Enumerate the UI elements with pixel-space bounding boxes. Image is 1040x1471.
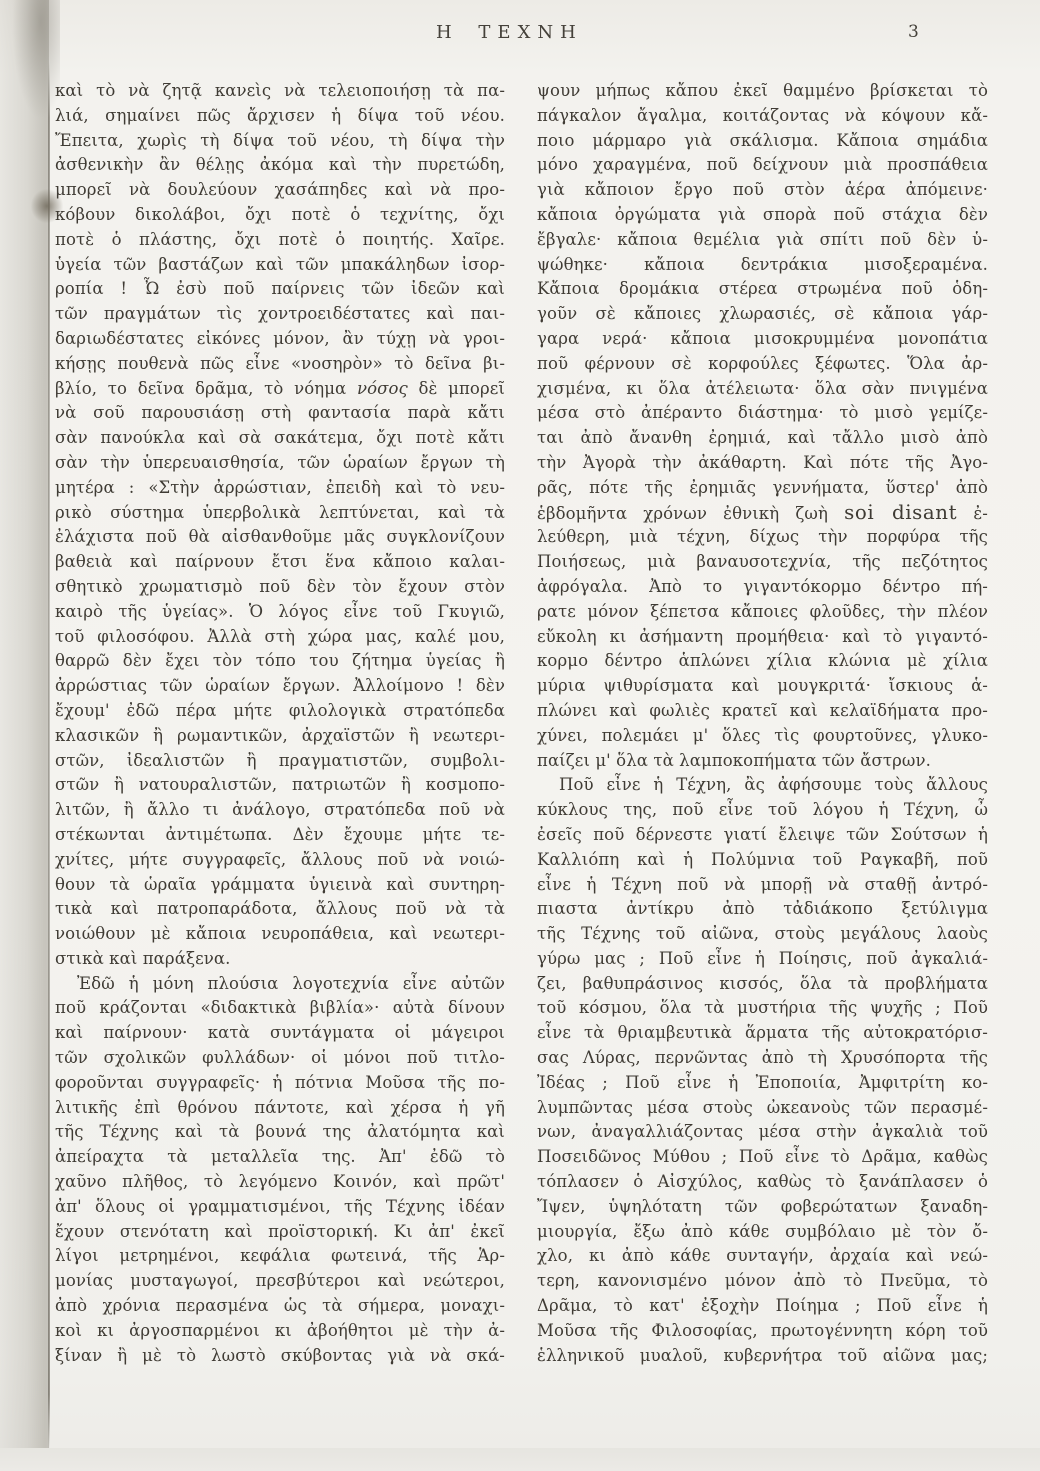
text-line: σας Λύρας, περνῶντας ἀπὸ τὴ Χρυσόπορτα τ… — [537, 1046, 988, 1071]
text-line: παίζει μ' ὅλα τὰ λαμποκοπήματα τῶν ἄστρω… — [537, 749, 988, 774]
italic-text-segment: νόσος — [357, 379, 408, 398]
text-line: Ἰδέας ; Ποῦ εἶνε ἡ Ἐποποιία, Ἀμφιτρίτη κ… — [537, 1071, 988, 1096]
text-segment: δὲ μπορεῖ — [408, 379, 505, 398]
text-line: εἶνε τὰ θριαμβευτικὰ ἅρματα τῆς αὐτοκρατ… — [537, 1021, 988, 1046]
text-line: σὰν πανούκλα καὶ σὰ σακάτεμα, ὄχι ποτὲ κ… — [55, 426, 505, 451]
text-line: κήσῃς πουθενὰ πῶς εἶνε «νοσηρὸν» τὸ δεῖν… — [55, 352, 505, 377]
text-line: τικὰ καὶ πατροπαράδοτα, ἄλλους ποῦ νὰ τὰ — [55, 897, 505, 922]
text-line: τερη, κανονισμένο μόνον ἀπὸ τὸ Πνεῦμα, τ… — [537, 1269, 988, 1294]
text-segment: ἑβδομῆντα χρόνων ἐθνικὴ ζωὴ — [537, 504, 844, 523]
text-line: θουν τὰ ὡραῖα γράμματα ὑγιεινὰ καὶ συντη… — [55, 873, 505, 898]
text-line: λίγοι μετρημένοι, κεφάλια φωτεινά, τῆς Ἁ… — [55, 1244, 505, 1269]
scanned-page: Η ΤΕΧΝΗ 3 καὶ τὸ νὰ ζητᾷ κανεὶς νὰ τελει… — [0, 0, 1040, 1471]
bottom-page-edge — [0, 1448, 1040, 1471]
text-line: ἔχουμ' ἐδῶ πέρα μήτε φιλολογικὰ στρατόπε… — [55, 699, 505, 724]
text-line: μέσα στὸ ἀπέραντο διάστημα· τὸ μισὸ γεμί… — [537, 401, 988, 426]
text-line: μιουργία, ἔξω ἀπὸ κάθε συμβόλαιο μὲ τὸν … — [537, 1220, 988, 1245]
text-line: βαθειὰ καὶ παίρνουν ἔτσι ἕνα κἄποιο καλα… — [55, 550, 505, 575]
text-line: εὔκολη κι ἀσήμαντη προμήθεια· καὶ τὸ γιγ… — [537, 625, 988, 650]
text-line: Κἄποια δρομάκια στέρεα στρωμένα ποῦ ὁδη- — [537, 277, 988, 302]
text-line: τῆς Τέχνης τοῦ αἰῶνα, στοὺς μεγάλους λαο… — [537, 922, 988, 947]
text-line: ὑγεία τῶν βαστάζων καὶ τῶν μπακάληδων ἰσ… — [55, 253, 505, 278]
text-line: νὰ σοῦ παρουσιάσῃ στὴ φαντασία παρὰ κἄτι — [55, 401, 505, 426]
text-line: ποῦ φέρνουν σὲ κορφούλες ξέφωτες. Ὅλα ἀρ… — [537, 352, 988, 377]
text-line: λιτῶν, ἢ ἄλλο τι ἀνάλογο, στρατόπεδα ποῦ… — [55, 798, 505, 823]
text-line: κοὶ κι ἀργοσπαρμένοι κι ἀβοήθητοι μὲ τὴν… — [55, 1319, 505, 1344]
text-line: ποιο μάρμαρο γιὰ σκάλισμα. Κἄποια σημάδι… — [537, 129, 988, 154]
text-line: σὰν τὴν ὑπερευαισθησία, τῶν ὡραίων ἔργων… — [55, 451, 505, 476]
text-line: τὴν Ἀγορὰ τὴν ἀκάθαρτη. Καὶ πότε τῆς Ἀγο… — [537, 451, 988, 476]
text-line: Καλλιόπη καὶ ἡ Πολύμνια τοῦ Ραγκαβῆ, ποῦ — [537, 848, 988, 873]
text-line: τοῦ φιλοσόφου. Ἀλλὰ στὴ χώρα μας, καλέ μ… — [55, 625, 505, 650]
journal-title: Η ΤΕΧΝΗ — [436, 22, 583, 43]
text-line: Ἐδῶ ἡ μόνη πλούσια λογοτεχνία εἶνε αὐτῶν — [55, 972, 505, 997]
text-line: γαρα νερά· κἄποια μισοκρυμμένα μονοπάτια — [537, 327, 988, 352]
text-line: κύκλους της, ποῦ εἶνε τοῦ λόγου ἡ Τέχνη,… — [537, 798, 988, 823]
text-line: ἀπείραχτα τὰ μεταλλεῖα της. Ἀπ' ἐδῶ τὸ — [55, 1145, 505, 1170]
text-line: ρατε μόνον ξέπετσα κἄποιες φλοῦδες, τὴν … — [537, 600, 988, 625]
text-line: κορμο δέντρο ἁπλώνει χίλια κλώνια μὲ χίλ… — [537, 649, 988, 674]
text-line: ποῦ κράζονται «διδακτικὰ βιβλία»· αὐτὰ δ… — [55, 996, 505, 1021]
corner-scan-shadow — [12, 0, 60, 120]
text-line: χαῦνο πλῆθος, τὸ λεγόμενο Κοινόν, καὶ πρ… — [55, 1170, 505, 1195]
text-line: τοῦ κόσμου, ὅλα τὰ μυστήρια τῆς ψυχῆς ; … — [537, 996, 988, 1021]
text-line: μύρια ψιθυρίσματα καὶ μουγκριτά· ἴσκιους… — [537, 674, 988, 699]
text-column-left: καὶ τὸ νὰ ζητᾷ κανεὶς νὰ τελειοποιήσῃ τὰ… — [55, 79, 505, 1368]
text-line: ρᾶς, πότε τῆς ἐρημιᾶς γεννήματα, ὕστερ' … — [537, 476, 988, 501]
text-line: ψώθηκε· κἄποια δεντράκια μισοξεραμένα. — [537, 253, 988, 278]
text-line: λιτικῆς ἐπὶ θρόνου πάντοτε, καὶ χέρσα ἡ … — [55, 1096, 505, 1121]
text-segment: ἐ- — [957, 504, 988, 523]
text-line: νων, ἀναγαλλιάζοντας μέσα στὴν ἀγκαλιὰ τ… — [537, 1120, 988, 1145]
text-line: ζει, βαθυπράσινος κισσός, ὅλα τὰ προβλήμ… — [537, 972, 988, 997]
text-line: ποτὲ ὁ πλάστης, ὄχι ποτὲ ὁ ποιητής. Χαῖρ… — [55, 228, 505, 253]
text-line: λυμπῶντας μέσα στοὺς ὠκεανοὺς τῶν περασμ… — [537, 1096, 988, 1121]
text-line: ροπία ! Ὦ ἐσὺ ποῦ παίρνεις τῶν ἰδεῶν καὶ — [55, 277, 505, 302]
text-line: νοιώθουν μὲ κἄποια νευροπάθεια, καὶ νεωτ… — [55, 922, 505, 947]
text-line: μόνο χαραγμένα, ποῦ δείχνουν μιὰ προσπάθ… — [537, 153, 988, 178]
page-number: 3 — [908, 22, 919, 42]
text-line: Ποσειδῶνος Μύθου ; Ποῦ εἶνε τὸ Δρᾶμα, κα… — [537, 1145, 988, 1170]
text-line: τῶν πραγμάτων τὶς χοντροειδέστατες καὶ π… — [55, 302, 505, 327]
text-line: γοῦν σὲ κἄποιες χλωρασιές, σὲ κἄποια γάρ… — [537, 302, 988, 327]
text-line: τῆς Τέχνης καὶ τὰ βουνά της ἀλατόμητα κα… — [55, 1120, 505, 1145]
text-line: φοροῦνται συγγραφεῖς· ἡ πότνια Μοῦσα τῆς… — [55, 1071, 505, 1096]
text-line: ἔβγαλε· κἄποια θεμέλια γιὰ σπίτι ποῦ δὲν… — [537, 228, 988, 253]
text-line: γύρω μας ; Ποῦ εἶνε ἡ Ποίησις, ποῦ ἀγκαλ… — [537, 947, 988, 972]
text-line: Ἔπειτα, χωρὶς τὴ δίψα τοῦ νέου, τὴ δίψα … — [55, 129, 505, 154]
text-line: βλίο, το δεῖνα δρᾶμα, τὸ νόημα νόσος δὲ … — [55, 377, 505, 402]
text-line: ἑβδομῆντα χρόνων ἐθνικὴ ζωὴ soi disant ἐ… — [537, 501, 988, 526]
text-line: ἑλληνικοῦ μυαλοῦ, κυβερνήτρα τοῦ αἰῶνα μ… — [537, 1344, 988, 1369]
text-line: Ποιήσεως, μιὰ βαναυσοτεχνία, τῆς πεζότητ… — [537, 550, 988, 575]
text-line: Μοῦσα τῆς Φιλοσοφίας, πρωτογέννητη κόρη … — [537, 1319, 988, 1344]
text-line: στικὰ καὶ παράξενα. — [55, 947, 505, 972]
text-line: πιαστα ἀντίκρυ ἀπὸ τἀδιάκοπο ξετύλιγμα — [537, 897, 988, 922]
text-line: τῶν σχολικῶν φυλλάδων· οἱ μόνοι ποῦ τιτλ… — [55, 1046, 505, 1071]
text-line: χύνει, πολεμάει μ' ὅλες τὶς φουρτοῦνες, … — [537, 724, 988, 749]
text-line: θαρρῶ δὲν ἔχει τὸν τόπο του ζήτημα ὑγεία… — [55, 649, 505, 674]
text-line: τόπλασεν ὁ Αἰσχύλος, καθὼς τὸ ξανάπλασεν… — [537, 1170, 988, 1195]
text-line: γιὰ κἄποιον ἔργο ποῦ στὸν ἀέρα ἀπόμεινε· — [537, 178, 988, 203]
text-line: ἀρρώστιας τῶν ὡραίων ἔργων. Ἀλλοίμονο ! … — [55, 674, 505, 699]
text-line: λιά, σημαίνει πῶς ἄρχισεν ἡ δίψα τοῦ νέο… — [55, 104, 505, 129]
text-line: ἀπ' ὅλους οἱ γραμματισμένοι, τῆς Τέχνης … — [55, 1195, 505, 1220]
text-line: χλο, κι ἀπὸ κάθε συνταγήν, ἀρχαία καὶ νε… — [537, 1244, 988, 1269]
text-line: Ἴψεν, ὑψηλότατη τῶν φοβερώτατων ξαναδη- — [537, 1195, 988, 1220]
text-line: στῶν ἢ νατουραλιστῶν, πατριωτῶν ἢ κοσμοπ… — [55, 773, 505, 798]
text-line: πλώνει καὶ φωλιὲς κρατεῖ καὶ κελαϊδήματα… — [537, 699, 988, 724]
text-line: μπορεῖ νὰ δουλεύουν χασάπηδες καὶ νὰ προ… — [55, 178, 505, 203]
text-line: εἶνε ἡ Τέχνη ποῦ νὰ μπορῇ νὰ σταθῇ ἀντρό… — [537, 873, 988, 898]
text-line: ἀπὸ χρόνια περασμένα ὡς τὰ σήμερα, μοναχ… — [55, 1294, 505, 1319]
text-line: καὶ παίρνουν· κατὰ συντάγματα οἱ μάγειρο… — [55, 1021, 505, 1046]
page-crease-line — [48, 62, 50, 1450]
text-line: ρικὸ σύστημα ὑπερβολικὰ λεπτύνεται, καὶ … — [55, 501, 505, 526]
latin-text-segment: soi disant — [844, 501, 957, 524]
text-line: λεύθερη, μιὰ τέχνη, δίχως τὴν πορφύρα τῆ… — [537, 525, 988, 550]
text-line: ἐσεῖς ποῦ δέρνεστε γιατί ἔλειψε τῶν Σούτ… — [537, 823, 988, 848]
text-line: ται ἀπὸ ἄνανθη ἐρημιά, καὶ τἄλλο μισὸ ἀπ… — [537, 426, 988, 451]
text-line: μητέρα : «Στὴν ἀρρώστιαν, ἐπειδὴ καὶ τὸ … — [55, 476, 505, 501]
text-line: Δρᾶμα, τὸ κατ' ἐξοχὴν Ποίημα ; Ποῦ εἶνε … — [537, 1294, 988, 1319]
text-line: ξίναν ἢ μὲ τὸ λωστὸ σκύβοντας γιὰ νὰ σκά… — [55, 1344, 505, 1369]
text-line: ἔχουν στενότατη καὶ προϊστορική. Κι ἀπ' … — [55, 1220, 505, 1245]
text-line: κἄποια ὀργώματα γιὰ σπορὰ ποῦ στάχια δὲν — [537, 203, 988, 228]
text-line: δαριωδέστατες εἰκόνες μόνον, ἂν τύχῃ νὰ … — [55, 327, 505, 352]
text-line: χνίτες, μήτε συγγραφεῖς, ἄλλους ποῦ νὰ ν… — [55, 848, 505, 873]
text-line: χισμένα, κι ὅλα ἀτέλειωτα· ὅλα σὰν πνιγμ… — [537, 377, 988, 402]
text-line: στῶν, ἰδεαλιστῶν ἢ πραγματιστῶν, συμβολι… — [55, 749, 505, 774]
text-line: Ποῦ εἶνε ἡ Τέχνη, ἂς ἀφήσουμε τοὺς ἄλλου… — [537, 773, 988, 798]
text-line: καὶ τὸ νὰ ζητᾷ κανεὶς νὰ τελειοποιήσῃ τὰ… — [55, 79, 505, 104]
text-line: σθητικὸ χρωματισμὸ ποῦ δὲν τὸν ἔχουν στὸ… — [55, 575, 505, 600]
text-column-right: ψουν μήπως κἄπου ἐκεῖ θαμμένο βρίσκεται … — [537, 79, 988, 1368]
text-line: στέκωνται ἀντιμέτωπα. Δὲν ἔχουμε μήτε τε… — [55, 823, 505, 848]
text-line: ἐλάχιστα ποῦ θὰ αἰσθανθοῦμε μᾶς συγκλονί… — [55, 525, 505, 550]
text-line: ψουν μήπως κἄπου ἐκεῖ θαμμένο βρίσκεται … — [537, 79, 988, 104]
text-line: κλασικῶν ἢ ρωμαντικῶν, ἀρχαϊστῶν ἢ νεωτε… — [55, 724, 505, 749]
text-line: κόβουν δικολάβοι, ὄχι ποτὲ ὁ τεχνίτης, ὄ… — [55, 203, 505, 228]
text-line: μονίας μυσταγωγοί, πρεσβύτεροι καὶ νεώτε… — [55, 1269, 505, 1294]
text-line: ἀσθενικὴν ἂν θέλῃς ἀκόμα καὶ τὴν πυρετώδ… — [55, 153, 505, 178]
text-line: πάγκαλον ἄγαλμα, κοιτάζοντας νὰ κόψουν κ… — [537, 104, 988, 129]
text-line: καιρὸ τῆς ὑγείας». Ὁ λόγος εἶνε τοῦ Γκυγ… — [55, 600, 505, 625]
text-line: ἀφρόγαλα. Ἀπὸ το γιγαντόκορμο δέντρο πή- — [537, 575, 988, 600]
text-segment: βλίο, το δεῖνα δρᾶμα, τὸ νόημα — [55, 379, 357, 398]
